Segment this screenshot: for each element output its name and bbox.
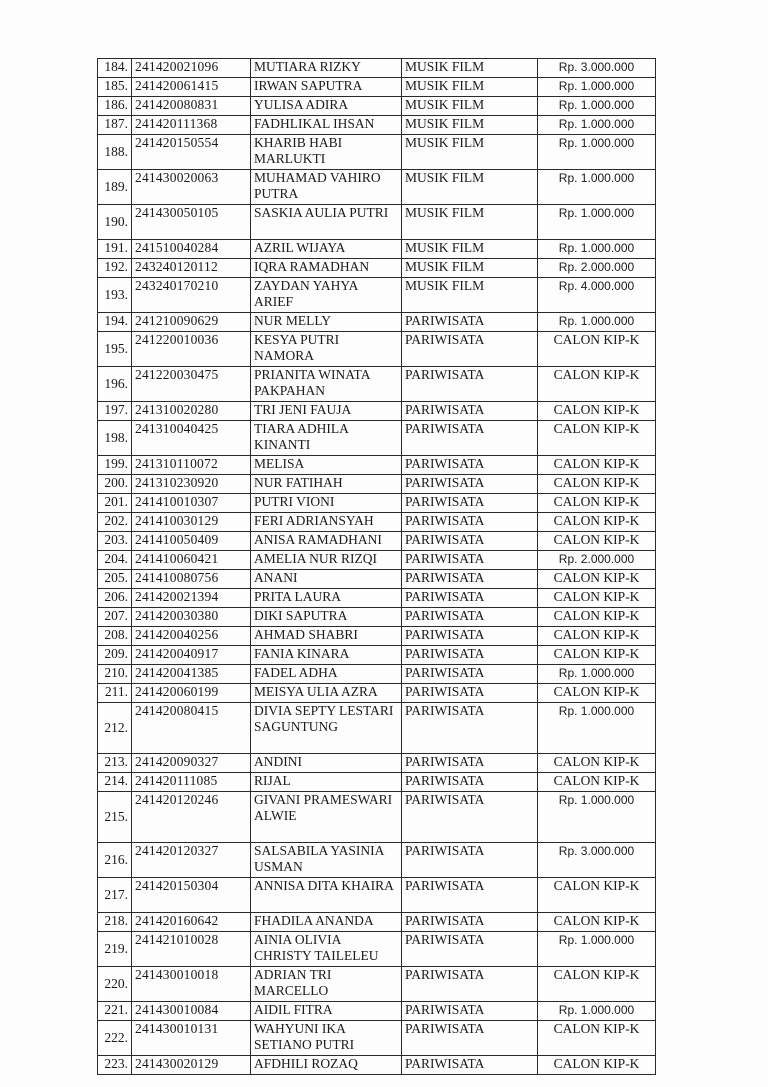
student-id: 241420040917 — [132, 646, 251, 665]
row-number-text: 204. — [104, 551, 128, 566]
student-name-text: YULISA ADIRA — [254, 97, 348, 112]
student-id-text: 241510040284 — [135, 240, 218, 255]
row-number: 206. — [98, 589, 132, 608]
student-name: FADEL ADHA — [251, 665, 402, 684]
nominal-amount-text: Rp. 1.000.000 — [559, 666, 634, 680]
table-row: 202.241410030129FERI ADRIANSYAHPARIWISAT… — [98, 513, 656, 532]
nominal-amount: CALON KIP-K — [538, 878, 656, 913]
row-number: 212. — [98, 703, 132, 754]
student-name: AINIA OLIVIA CHRISTY TAILELEU — [251, 932, 402, 967]
row-number-text: 192. — [104, 259, 128, 274]
nominal-amount: CALON KIP-K — [538, 456, 656, 475]
study-program-text: PARIWISATA — [405, 703, 484, 718]
student-name: PRITA LAURA — [251, 589, 402, 608]
study-program-text: PARIWISATA — [405, 570, 484, 585]
student-name-text: KHARIB HABI MARLUKTI — [254, 135, 342, 166]
student-name: TRI JENI FAUJA — [251, 402, 402, 421]
student-name-text: ANANI — [254, 570, 298, 585]
student-id-text: 241420060199 — [135, 684, 218, 699]
study-program-text: MUSIK FILM — [405, 240, 484, 255]
nominal-amount-text: CALON KIP-K — [554, 494, 640, 509]
row-number: 198. — [98, 421, 132, 456]
nominal-amount-text: CALON KIP-K — [554, 646, 640, 661]
study-program: PARIWISATA — [402, 313, 538, 332]
student-id: 241420120327 — [132, 843, 251, 878]
nominal-amount-text: Rp. 1.000.000 — [559, 793, 634, 807]
nominal-amount-text: CALON KIP-K — [554, 684, 640, 699]
student-id: 243240170210 — [132, 278, 251, 313]
study-program: MUSIK FILM — [402, 116, 538, 135]
student-name: PUTRI VIONI — [251, 494, 402, 513]
table-row: 198.241310040425TIARA ADHILA KINANTIPARI… — [98, 421, 656, 456]
study-program: PARIWISATA — [402, 456, 538, 475]
nominal-amount-text: Rp. 4.000.000 — [559, 279, 634, 293]
study-program: PARIWISATA — [402, 665, 538, 684]
row-number: 186. — [98, 97, 132, 116]
student-name: AHMAD SHABRI — [251, 627, 402, 646]
student-name-text: MELISA — [254, 456, 304, 471]
row-number: 209. — [98, 646, 132, 665]
student-name: PRIANITA WINATA PAKPAHAN — [251, 367, 402, 402]
study-program: PARIWISATA — [402, 551, 538, 570]
row-number-text: 200. — [104, 475, 128, 490]
student-id: 241420160642 — [132, 913, 251, 932]
nominal-amount-text: Rp. 1.000.000 — [559, 1003, 634, 1017]
student-id: 241220030475 — [132, 367, 251, 402]
study-program-text: PARIWISATA — [405, 665, 484, 680]
row-number: 217. — [98, 878, 132, 913]
row-number: 204. — [98, 551, 132, 570]
student-id: 241420090327 — [132, 754, 251, 773]
student-id: 241310110072 — [132, 456, 251, 475]
student-id: 241420111085 — [132, 773, 251, 792]
table-row: 189.241430020063MUHAMAD VAHIRO PUTRAMUSI… — [98, 170, 656, 205]
table-row: 187.241420111368FADHLIKAL IHSANMUSIK FIL… — [98, 116, 656, 135]
table-row: 217.241420150304ANNISA DITA KHAIRAPARIWI… — [98, 878, 656, 913]
nominal-amount-text: Rp. 1.000.000 — [559, 98, 634, 112]
student-name: ANNISA DITA KHAIRA — [251, 878, 402, 913]
student-name-text: ANDINI — [254, 754, 302, 769]
nominal-amount: CALON KIP-K — [538, 773, 656, 792]
study-program-text: PARIWISATA — [405, 313, 484, 328]
study-program: PARIWISATA — [402, 932, 538, 967]
student-id: 243240120112 — [132, 259, 251, 278]
student-id-text: 241421010028 — [135, 932, 218, 947]
student-name: GIVANI PRAMESWARI ALWIE — [251, 792, 402, 843]
student-name-text: GIVANI PRAMESWARI ALWIE — [254, 792, 392, 823]
student-id: 241421010028 — [132, 932, 251, 967]
nominal-amount: Rp. 1.000.000 — [538, 205, 656, 240]
student-id: 241220010036 — [132, 332, 251, 367]
student-id-text: 241420160642 — [135, 913, 218, 928]
nominal-amount-text: Rp. 1.000.000 — [559, 171, 634, 185]
student-name-text: KESYA PUTRI NAMORA — [254, 332, 339, 363]
study-program: PARIWISATA — [402, 513, 538, 532]
student-id-text: 241420030380 — [135, 608, 218, 623]
student-id-text: 241310230920 — [135, 475, 218, 490]
nominal-amount: Rp. 1.000.000 — [538, 313, 656, 332]
study-program: PARIWISATA — [402, 532, 538, 551]
nominal-amount-text: Rp. 2.000.000 — [559, 260, 634, 274]
student-id: 241420021096 — [132, 59, 251, 78]
student-id-text: 241420080831 — [135, 97, 218, 112]
study-program: MUSIK FILM — [402, 97, 538, 116]
student-name: AFDHILI ROZAQ — [251, 1056, 402, 1075]
student-id: 241410060421 — [132, 551, 251, 570]
student-name: WAHYUNI IKA SETIANO PUTRI — [251, 1021, 402, 1056]
student-id: 241410050409 — [132, 532, 251, 551]
table-row: 220.241430010018ADRIAN TRI MARCELLOPARIW… — [98, 967, 656, 1002]
nominal-amount: Rp. 1.000.000 — [538, 78, 656, 97]
study-program-text: MUSIK FILM — [405, 78, 484, 93]
row-number: 184. — [98, 59, 132, 78]
row-number: 193. — [98, 278, 132, 313]
student-id-text: 241410080756 — [135, 570, 218, 585]
study-program: PARIWISATA — [402, 646, 538, 665]
study-program-text: PARIWISATA — [405, 532, 484, 547]
student-id-text: 241420120246 — [135, 792, 218, 807]
student-name: SASKIA AULIA PUTRI — [251, 205, 402, 240]
student-id: 241420120246 — [132, 792, 251, 843]
student-name: IQRA RAMADHAN — [251, 259, 402, 278]
row-number: 194. — [98, 313, 132, 332]
student-name-text: IRWAN SAPUTRA — [254, 78, 362, 93]
nominal-amount: Rp. 1.000.000 — [538, 665, 656, 684]
table-row: 210.241420041385FADEL ADHAPARIWISATARp. … — [98, 665, 656, 684]
student-id-text: 241430010084 — [135, 1002, 218, 1017]
nominal-amount: CALON KIP-K — [538, 402, 656, 421]
study-program-text: PARIWISATA — [405, 754, 484, 769]
table-row: 206.241420021394PRITA LAURAPARIWISATACAL… — [98, 589, 656, 608]
student-id-text: 241420120327 — [135, 843, 218, 858]
study-program: MUSIK FILM — [402, 78, 538, 97]
row-number: 219. — [98, 932, 132, 967]
student-name: MEISYA ULIA AZRA — [251, 684, 402, 703]
student-name-text: NUR MELLY — [254, 313, 331, 328]
nominal-amount: CALON KIP-K — [538, 646, 656, 665]
row-number-text: 197. — [104, 402, 128, 417]
study-program: PARIWISATA — [402, 332, 538, 367]
study-program-text: PARIWISATA — [405, 456, 484, 471]
study-program-text: MUSIK FILM — [405, 97, 484, 112]
row-number-text: 203. — [104, 532, 128, 547]
student-id-text: 241430050105 — [135, 205, 218, 220]
student-name: TIARA ADHILA KINANTI — [251, 421, 402, 456]
study-program: MUSIK FILM — [402, 205, 538, 240]
nominal-amount: Rp. 2.000.000 — [538, 551, 656, 570]
student-name: DIVIA SEPTY LESTARI SAGUNTUNG — [251, 703, 402, 754]
student-name: ANANI — [251, 570, 402, 589]
study-program: MUSIK FILM — [402, 135, 538, 170]
nominal-amount: Rp. 3.000.000 — [538, 843, 656, 878]
student-id-text: 241310040425 — [135, 421, 218, 436]
row-number: 210. — [98, 665, 132, 684]
row-number-text: 195. — [104, 341, 128, 356]
nominal-amount-text: CALON KIP-K — [554, 913, 640, 928]
study-program-text: PARIWISATA — [405, 1056, 484, 1071]
nominal-amount-text: CALON KIP-K — [554, 456, 640, 471]
study-program-text: MUSIK FILM — [405, 135, 484, 150]
nominal-amount-text: CALON KIP-K — [554, 627, 640, 642]
nominal-amount: Rp. 1.000.000 — [538, 932, 656, 967]
row-number-text: 194. — [104, 313, 128, 328]
study-program: MUSIK FILM — [402, 59, 538, 78]
student-list-table: 184.241420021096MUTIARA RIZKYMUSIK FILMR… — [97, 58, 656, 1075]
row-number-text: 198. — [104, 430, 128, 445]
table-row: 192.243240120112IQRA RAMADHANMUSIK FILMR… — [98, 259, 656, 278]
nominal-amount: Rp. 1.000.000 — [538, 170, 656, 205]
student-id: 241420111368 — [132, 116, 251, 135]
student-id: 241310020280 — [132, 402, 251, 421]
study-program-text: PARIWISATA — [405, 494, 484, 509]
study-program: PARIWISATA — [402, 878, 538, 913]
study-program: PARIWISATA — [402, 570, 538, 589]
student-list-body: 184.241420021096MUTIARA RIZKYMUSIK FILMR… — [98, 59, 656, 1075]
row-number: 221. — [98, 1002, 132, 1021]
nominal-amount-text: Rp. 3.000.000 — [559, 60, 634, 74]
study-program: PARIWISATA — [402, 792, 538, 843]
student-name: ANISA RAMADHANI — [251, 532, 402, 551]
table-row: 197.241310020280TRI JENI FAUJAPARIWISATA… — [98, 402, 656, 421]
student-id: 241430020063 — [132, 170, 251, 205]
row-number-text: 185. — [104, 78, 128, 93]
study-program-text: MUSIK FILM — [405, 278, 484, 293]
nominal-amount: CALON KIP-K — [538, 627, 656, 646]
study-program-text: PARIWISATA — [405, 513, 484, 528]
student-id-text: 241420021096 — [135, 59, 218, 74]
student-id: 241430050105 — [132, 205, 251, 240]
nominal-amount: Rp. 1.000.000 — [538, 135, 656, 170]
nominal-amount-text: Rp. 1.000.000 — [559, 933, 634, 947]
study-program-text: PARIWISATA — [405, 402, 484, 417]
student-id: 241420021394 — [132, 589, 251, 608]
student-id-text: 241420080415 — [135, 703, 218, 718]
row-number-text: 223. — [104, 1056, 128, 1071]
row-number: 195. — [98, 332, 132, 367]
student-id: 241420040256 — [132, 627, 251, 646]
student-name-text: RIJAL — [254, 773, 291, 788]
row-number-text: 191. — [104, 240, 128, 255]
student-id-text: 241420111085 — [135, 773, 217, 788]
row-number-text: 212. — [104, 720, 128, 735]
student-name: AIDIL FITRA — [251, 1002, 402, 1021]
nominal-amount: Rp. 1.000.000 — [538, 97, 656, 116]
student-id: 241420080831 — [132, 97, 251, 116]
study-program-text: PARIWISATA — [405, 589, 484, 604]
student-id-text: 241420150554 — [135, 135, 218, 150]
study-program: MUSIK FILM — [402, 170, 538, 205]
row-number: 214. — [98, 773, 132, 792]
study-program: PARIWISATA — [402, 773, 538, 792]
nominal-amount: CALON KIP-K — [538, 332, 656, 367]
student-name-text: FADEL ADHA — [254, 665, 338, 680]
row-number: 191. — [98, 240, 132, 259]
nominal-amount: CALON KIP-K — [538, 532, 656, 551]
study-program: PARIWISATA — [402, 754, 538, 773]
student-id: 241510040284 — [132, 240, 251, 259]
student-name: NUR MELLY — [251, 313, 402, 332]
nominal-amount-text: Rp. 1.000.000 — [559, 136, 634, 150]
student-id-text: 241420090327 — [135, 754, 218, 769]
row-number-text: 209. — [104, 646, 128, 661]
nominal-amount: CALON KIP-K — [538, 684, 656, 703]
study-program-text: MUSIK FILM — [405, 116, 484, 131]
row-number-text: 211. — [105, 684, 128, 699]
student-id: 241430010018 — [132, 967, 251, 1002]
nominal-amount-text: CALON KIP-K — [554, 878, 640, 893]
row-number-text: 210. — [104, 665, 128, 680]
nominal-amount-text: Rp. 2.000.000 — [559, 552, 634, 566]
study-program-text: PARIWISATA — [405, 967, 484, 982]
row-number-text: 221. — [104, 1002, 128, 1017]
table-row: 213.241420090327ANDINIPARIWISATACALON KI… — [98, 754, 656, 773]
row-number-text: 196. — [104, 376, 128, 391]
student-name-text: ANNISA DITA KHAIRA — [254, 878, 394, 893]
nominal-amount: CALON KIP-K — [538, 967, 656, 1002]
study-program: MUSIK FILM — [402, 240, 538, 259]
table-row: 193.243240170210ZAYDAN YAHYA ARIEFMUSIK … — [98, 278, 656, 313]
nominal-amount-text: Rp. 1.000.000 — [559, 79, 634, 93]
table-row: 186.241420080831YULISA ADIRAMUSIK FILMRp… — [98, 97, 656, 116]
student-id-text: 241420021394 — [135, 589, 218, 604]
nominal-amount-text: Rp. 1.000.000 — [559, 117, 634, 131]
table-row: 222.241430010131WAHYUNI IKA SETIANO PUTR… — [98, 1021, 656, 1056]
table-row: 195.241220010036KESYA PUTRI NAMORAPARIWI… — [98, 332, 656, 367]
study-program-text: PARIWISATA — [405, 627, 484, 642]
study-program-text: PARIWISATA — [405, 932, 484, 947]
student-id: 241420150554 — [132, 135, 251, 170]
nominal-amount-text: Rp. 1.000.000 — [559, 704, 634, 718]
nominal-amount: CALON KIP-K — [538, 608, 656, 627]
row-number-text: 205. — [104, 570, 128, 585]
student-id: 241410030129 — [132, 513, 251, 532]
row-number: 218. — [98, 913, 132, 932]
student-id-text: 241410050409 — [135, 532, 218, 547]
student-id-text: 241420061415 — [135, 78, 218, 93]
student-id-text: 241420040917 — [135, 646, 218, 661]
student-name-text: WAHYUNI IKA SETIANO PUTRI — [254, 1021, 354, 1052]
nominal-amount-text: CALON KIP-K — [554, 1056, 640, 1071]
study-program: MUSIK FILM — [402, 259, 538, 278]
student-id-text: 241430010131 — [135, 1021, 218, 1036]
document-page: 184.241420021096MUTIARA RIZKYMUSIK FILMR… — [0, 0, 768, 1087]
study-program: PARIWISATA — [402, 475, 538, 494]
nominal-amount-text: CALON KIP-K — [554, 1021, 640, 1036]
nominal-amount: CALON KIP-K — [538, 367, 656, 402]
row-number-text: 207. — [104, 608, 128, 623]
nominal-amount: CALON KIP-K — [538, 475, 656, 494]
student-name-text: AHMAD SHABRI — [254, 627, 358, 642]
row-number-text: 202. — [104, 513, 128, 528]
nominal-amount-text: Rp. 1.000.000 — [559, 241, 634, 255]
student-name-text: AZRIL WIJAYA — [254, 240, 345, 255]
study-program-text: PARIWISATA — [405, 684, 484, 699]
student-name-text: DIVIA SEPTY LESTARI SAGUNTUNG — [254, 703, 393, 734]
row-number-text: 206. — [104, 589, 128, 604]
student-name: FHADILA ANANDA — [251, 913, 402, 932]
student-name-text: TRI JENI FAUJA — [254, 402, 351, 417]
student-name: ZAYDAN YAHYA ARIEF — [251, 278, 402, 313]
study-program: PARIWISATA — [402, 1021, 538, 1056]
study-program-text: PARIWISATA — [405, 1002, 484, 1017]
student-name: MELISA — [251, 456, 402, 475]
study-program: PARIWISATA — [402, 421, 538, 456]
study-program: PARIWISATA — [402, 967, 538, 1002]
table-row: 218.241420160642FHADILA ANANDAPARIWISATA… — [98, 913, 656, 932]
student-id: 241420030380 — [132, 608, 251, 627]
student-name: FANIA KINARA — [251, 646, 402, 665]
student-id-text: 241430010018 — [135, 967, 218, 982]
nominal-amount: Rp. 1.000.000 — [538, 1002, 656, 1021]
nominal-amount: Rp. 1.000.000 — [538, 240, 656, 259]
row-number: 201. — [98, 494, 132, 513]
nominal-amount: Rp. 3.000.000 — [538, 59, 656, 78]
table-row: 214.241420111085RIJALPARIWISATACALON KIP… — [98, 773, 656, 792]
nominal-amount-text: CALON KIP-K — [554, 570, 640, 585]
student-id: 241420061415 — [132, 78, 251, 97]
row-number-text: 217. — [104, 887, 128, 902]
study-program-text: PARIWISATA — [405, 551, 484, 566]
nominal-amount: CALON KIP-K — [538, 494, 656, 513]
student-name: MUTIARA RIZKY — [251, 59, 402, 78]
row-number: 223. — [98, 1056, 132, 1075]
row-number-text: 219. — [104, 941, 128, 956]
table-row: 221.241430010084AIDIL FITRAPARIWISATARp.… — [98, 1002, 656, 1021]
nominal-amount: CALON KIP-K — [538, 913, 656, 932]
row-number: 199. — [98, 456, 132, 475]
study-program: PARIWISATA — [402, 627, 538, 646]
study-program-text: PARIWISATA — [405, 792, 484, 807]
row-number: 203. — [98, 532, 132, 551]
student-id: 241430020129 — [132, 1056, 251, 1075]
study-program-text: PARIWISATA — [405, 332, 484, 347]
row-number-text: 187. — [104, 116, 128, 131]
nominal-amount-text: CALON KIP-K — [554, 513, 640, 528]
study-program-text: PARIWISATA — [405, 475, 484, 490]
study-program-text: PARIWISATA — [405, 773, 484, 788]
student-name: IRWAN SAPUTRA — [251, 78, 402, 97]
nominal-amount-text: Rp. 1.000.000 — [559, 206, 634, 220]
row-number: 200. — [98, 475, 132, 494]
nominal-amount-text: CALON KIP-K — [554, 589, 640, 604]
row-number: 190. — [98, 205, 132, 240]
study-program: PARIWISATA — [402, 1056, 538, 1075]
row-number: 211. — [98, 684, 132, 703]
student-id-text: 241420111368 — [135, 116, 217, 131]
nominal-amount: Rp. 1.000.000 — [538, 116, 656, 135]
table-row: 216.241420120327SALSABILA YASINIA USMANP… — [98, 843, 656, 878]
student-id-text: 241220010036 — [135, 332, 218, 347]
row-number-text: 218. — [104, 913, 128, 928]
row-number-text: 190. — [104, 214, 128, 229]
nominal-amount: Rp. 4.000.000 — [538, 278, 656, 313]
row-number: 187. — [98, 116, 132, 135]
table-row: 207.241420030380DIKI SAPUTRAPARIWISATACA… — [98, 608, 656, 627]
student-id: 241410010307 — [132, 494, 251, 513]
nominal-amount: CALON KIP-K — [538, 570, 656, 589]
nominal-amount: CALON KIP-K — [538, 513, 656, 532]
study-program-text: PARIWISATA — [405, 913, 484, 928]
student-name: FERI ADRIANSYAH — [251, 513, 402, 532]
row-number: 197. — [98, 402, 132, 421]
row-number-text: 214. — [104, 773, 128, 788]
student-name-text: FADHLIKAL IHSAN — [254, 116, 374, 131]
table-row: 190.241430050105SASKIA AULIA PUTRIMUSIK … — [98, 205, 656, 240]
row-number-text: 220. — [104, 976, 128, 991]
row-number-text: 222. — [104, 1030, 128, 1045]
student-id-text: 241420041385 — [135, 665, 218, 680]
table-row: 194.241210090629NUR MELLYPARIWISATARp. 1… — [98, 313, 656, 332]
